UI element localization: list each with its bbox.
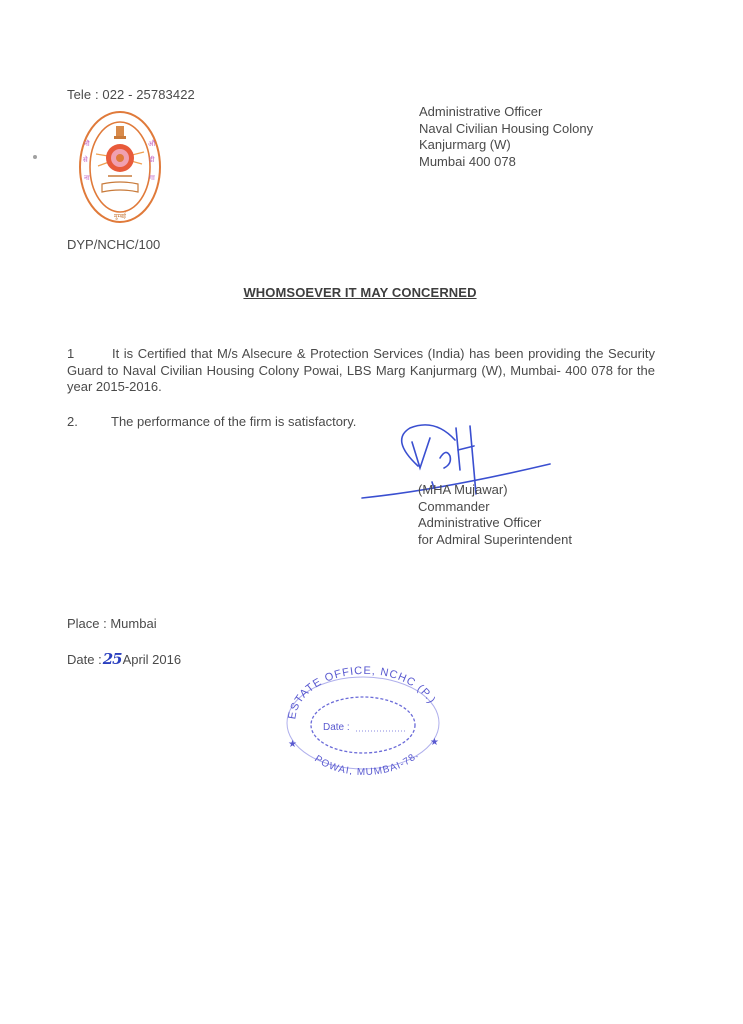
signatory-title: Administrative Officer bbox=[418, 515, 572, 532]
paragraph-1: 1It is Certified that M/s Alsecure & Pro… bbox=[67, 346, 655, 396]
paragraph-number: 1 bbox=[67, 346, 112, 363]
date-label: Date : bbox=[67, 652, 102, 667]
address-line: Kanjurmarg (W) bbox=[419, 137, 593, 154]
svg-text:से: से bbox=[83, 155, 88, 164]
date-month-year: April 2016 bbox=[123, 652, 182, 667]
signatory-name: (MHA Mujawar) bbox=[418, 482, 572, 499]
sender-address: Administrative Officer Naval Civilian Ho… bbox=[419, 104, 593, 170]
svg-text:★: ★ bbox=[288, 739, 297, 750]
svg-text:Date :: Date : bbox=[323, 722, 350, 733]
paragraph-text: It is Certified that M/s Alsecure & Prot… bbox=[67, 346, 655, 394]
svg-text:औ: औ bbox=[148, 139, 156, 148]
svg-text:नौ: नौ bbox=[84, 139, 90, 148]
signatory-on-behalf: for Admiral Superintendent bbox=[418, 532, 572, 549]
estate-office-stamp-icon: ESTATE OFFICE, NCHC (P.) POWAI, MUMBAI-7… bbox=[278, 665, 448, 775]
place-line: Place : Mumbai bbox=[67, 616, 157, 631]
signatory-rank: Commander bbox=[418, 499, 572, 516]
date-line: Date :25April 2016 bbox=[67, 650, 181, 668]
svg-text:डी: डी bbox=[148, 155, 155, 164]
signature-block: (MHA Mujawar) Commander Administrative O… bbox=[418, 482, 572, 548]
paragraph-2: 2.The performance of the firm is satisfa… bbox=[67, 414, 356, 429]
svg-text:मुम्बई: मुम्बई bbox=[114, 212, 127, 220]
svg-text:ESTATE OFFICE, NCHC (P.): ESTATE OFFICE, NCHC (P.) bbox=[286, 665, 438, 720]
address-line: Mumbai 400 078 bbox=[419, 154, 593, 171]
telephone-number: Tele : 022 - 25783422 bbox=[67, 87, 195, 102]
address-line: Naval Civilian Housing Colony bbox=[419, 121, 593, 138]
handwritten-day: 25 bbox=[103, 650, 122, 668]
svg-text:★: ★ bbox=[430, 737, 439, 748]
paragraph-text: The performance of the firm is satisfact… bbox=[111, 414, 356, 429]
svg-text:गा: गा bbox=[149, 174, 155, 182]
paragraph-number: 2. bbox=[67, 414, 111, 429]
letter-heading: WHOMSOEVER IT MAY CONCERNED bbox=[0, 285, 720, 300]
naval-emblem-icon: नौ से ना औ डी गा मुम्बई bbox=[78, 110, 162, 224]
svg-text:ना: ना bbox=[84, 174, 90, 182]
scan-speck bbox=[33, 155, 37, 159]
address-line: Administrative Officer bbox=[419, 104, 593, 121]
reference-number: DYP/NCHC/100 bbox=[67, 237, 160, 252]
